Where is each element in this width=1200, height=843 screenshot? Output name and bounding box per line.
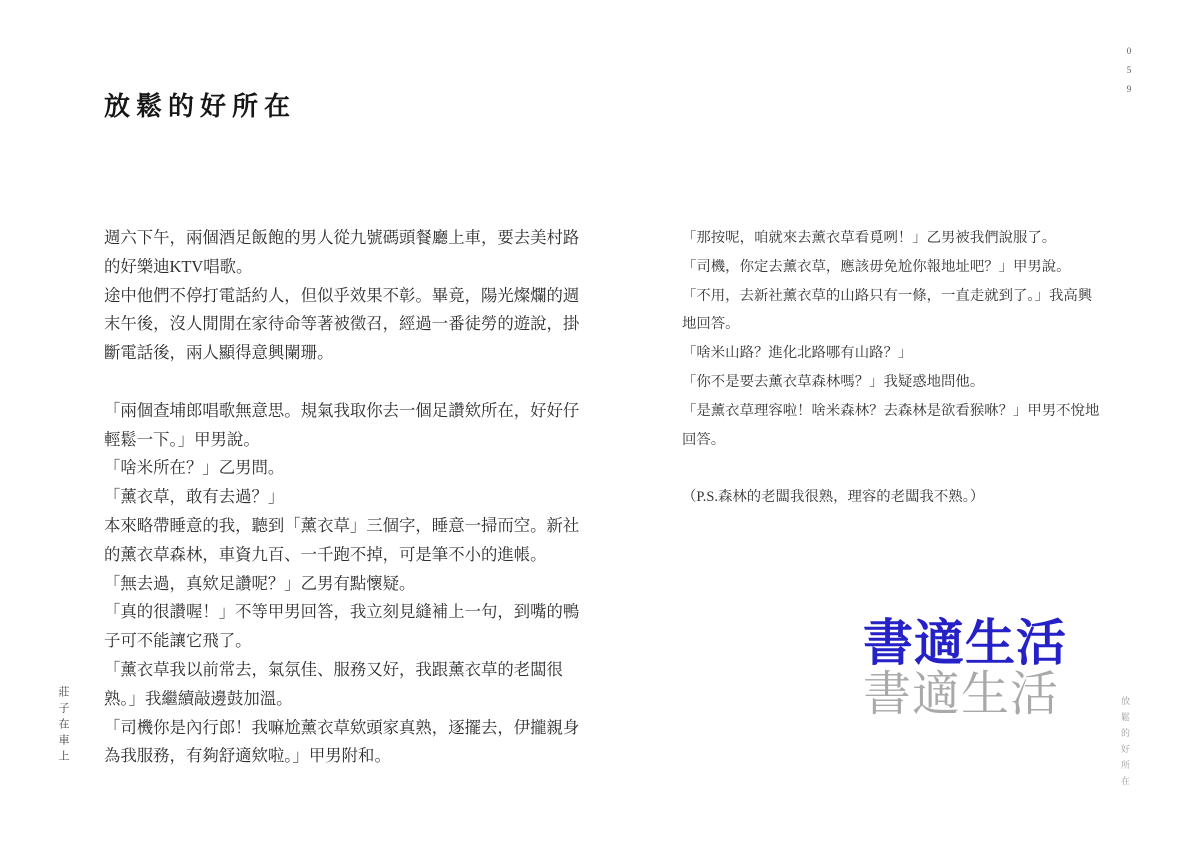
text-line: 「真的很讚喔！」不等甲男回答，我立刻見縫補上一句，到嘴的鴨 xyxy=(104,598,579,627)
text-line: 「司機你是內行郎！我嘛尬薰衣草欸頭家真熟，逐擺去，伊攏親身 xyxy=(104,714,579,743)
book-title-vertical: 莊子在車上 xyxy=(55,686,71,766)
text-line: 「兩個查埔郎唱歌無意思。規氣我取你去一個足讚欸所在，好好仔 xyxy=(104,397,579,426)
text-line: 「啥米山路？進化北路哪有山路？」 xyxy=(682,339,1099,368)
chapter-title: 放鬆的好所在 xyxy=(104,86,296,123)
text-line: 的好樂迪KTV唱歌。 xyxy=(104,253,579,282)
text-line: 「你不是要去薰衣草森林嗎？」我疑惑地問他。 xyxy=(682,368,1099,397)
text-line xyxy=(682,454,1099,483)
chapter-running-title-vertical: 放鬆的好所在 xyxy=(1119,696,1132,792)
text-line: 「司機，你定去薰衣草，應該毋免尬你報地址吧？」甲男說。 xyxy=(682,253,1099,282)
text-line: 熟。」我繼續敲邊鼓加溫。 xyxy=(104,685,579,714)
text-line: 途中他們不停打電話約人，但似乎效果不彰。畢竟，陽光燦爛的週 xyxy=(104,282,579,311)
text-line: 末午後，沒人閒閒在家待命等著被徵召，經過一番徒勞的遊說，掛 xyxy=(104,310,579,339)
page-number: 059 xyxy=(1124,46,1134,103)
text-line: 斷電話後，兩人顯得意興闌珊。 xyxy=(104,339,579,368)
text-line: 「無去過，真欸足讚呢？」乙男有點懷疑。 xyxy=(104,570,579,599)
watermark-blue-text: 書適生活 xyxy=(863,618,1067,668)
text-line xyxy=(104,368,579,397)
text-line: 子可不能讓它飛了。 xyxy=(104,627,579,656)
left-text-column: 週六下午，兩個酒足飯飽的男人從九號碼頭餐廳上車，要去美村路的好樂迪KTV唱歌。途… xyxy=(104,224,579,771)
text-line: 「是薰衣草理容啦！啥米森林？去森林是欲看猴咻？」甲男不悅地 xyxy=(682,397,1099,426)
text-line: 輕鬆一下。」甲男說。 xyxy=(104,426,579,455)
text-line: 「不用，去新社薰衣草的山路只有一條，一直走就到了。」我高興 xyxy=(682,282,1099,311)
text-line: 本來略帶睡意的我，聽到「薰衣草」三個字，睡意一掃而空。新社 xyxy=(104,512,579,541)
text-line: 週六下午，兩個酒足飯飽的男人從九號碼頭餐廳上車，要去美村路 xyxy=(104,224,579,253)
text-line: （P.S.森林的老闆我很熟，理容的老闆我不熟。） xyxy=(682,483,1099,512)
watermark-gray-text: 書適生活 xyxy=(863,671,1067,719)
text-line: 「薰衣草我以前常去，氣氛佳、服務又好，我跟薰衣草的老闆很 xyxy=(104,656,579,685)
book-page: 放鬆的好所在 059 週六下午，兩個酒足飯飽的男人從九號碼頭餐廳上車，要去美村路… xyxy=(0,0,1200,843)
text-line: 「啥米所在？」乙男問。 xyxy=(104,454,579,483)
text-line: 回答。 xyxy=(682,426,1099,455)
right-text-column: 「那按呢，咱就來去薰衣草看覓咧！」乙男被我們說服了。「司機，你定去薰衣草，應該毋… xyxy=(682,224,1099,512)
text-line: 「那按呢，咱就來去薰衣草看覓咧！」乙男被我們說服了。 xyxy=(682,224,1099,253)
text-line: 的薰衣草森林，車資九百、一千跑不掉，可是筆不小的進帳。 xyxy=(104,541,579,570)
text-line: 地回答。 xyxy=(682,310,1099,339)
text-line: 為我服務，有夠舒適欸啦。」甲男附和。 xyxy=(104,742,579,771)
text-line: 「薰衣草，敢有去過？」 xyxy=(104,483,579,512)
watermark: 書適生活 書適生活 xyxy=(863,618,1067,719)
